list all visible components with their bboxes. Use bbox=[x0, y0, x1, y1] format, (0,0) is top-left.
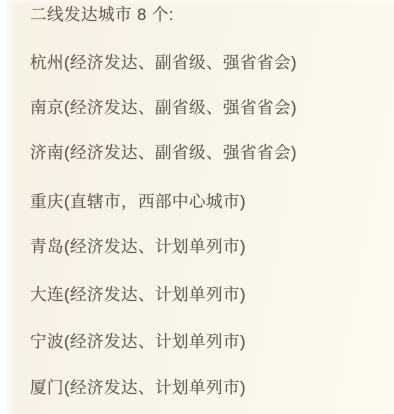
city-list-item-ningbo: 宁波(经济发达、计划单列市) bbox=[30, 330, 246, 354]
city-list-item-xiamen: 厦门(经济发达、计划单列市) bbox=[30, 376, 246, 400]
page-left-edge bbox=[0, 0, 16, 414]
city-list-item-dalian: 大连(经济发达、计划单列市) bbox=[30, 283, 246, 307]
city-list-item-jinan: 济南(经济发达、副省级、强省省会) bbox=[30, 141, 297, 165]
city-list-item-hangzhou: 杭州(经济发达、副省级、强省省会) bbox=[30, 51, 297, 75]
section-heading: 二线发达城市 8 个: bbox=[30, 3, 174, 27]
article-page: 二线发达城市 8 个: 杭州(经济发达、副省级、强省省会) 南京(经济发达、副省… bbox=[0, 0, 394, 414]
city-list-item-chongqing: 重庆(直辖市，西部中心城市) bbox=[30, 190, 246, 214]
city-list-item-nanjing: 南京(经济发达、副省级、强省省会) bbox=[30, 96, 297, 120]
city-list-item-qingdao: 青岛(经济发达、计划单列市) bbox=[30, 235, 246, 259]
